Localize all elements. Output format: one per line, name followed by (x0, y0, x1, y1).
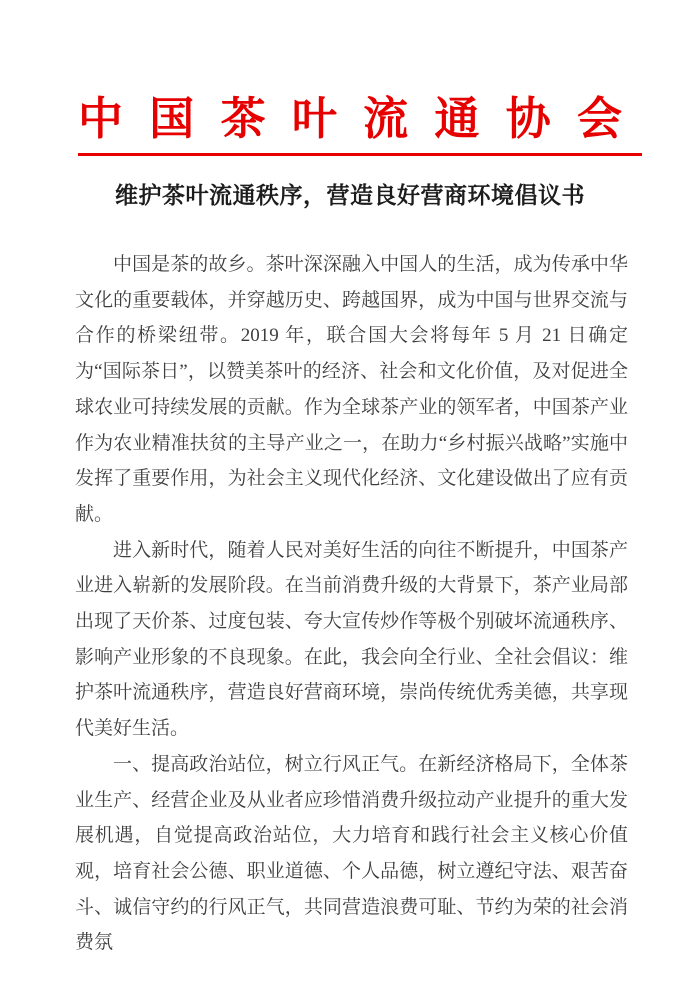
body-paragraph-2: 进入新时代，随着人民对美好生活的向往不断提升，中国茶产业进入崭新的发展阶段。在当… (75, 533, 628, 747)
letterhead-divider (78, 153, 642, 156)
letterhead: 中国茶叶流通协会 (78, 94, 642, 156)
document-page: 中国茶叶流通协会 维护茶叶流通秩序，营造良好营商环境倡议书 中国是茶的故乡。茶叶… (0, 0, 700, 990)
document-title: 维护茶叶流通秩序，营造良好营商环境倡议书 (0, 180, 700, 210)
organization-name: 中国茶叶流通协会 (78, 94, 642, 144)
document-body: 中国是茶的故乡。茶叶深深融入中国人的生活，成为传承中华文化的重要载体，并穿越历史… (75, 247, 628, 961)
body-paragraph-3: 一、提高政治站位，树立行风正气。在新经济格局下，全体茶业生产、经营企业及从业者应… (75, 747, 628, 961)
body-paragraph-1: 中国是茶的故乡。茶叶深深融入中国人的生活，成为传承中华文化的重要载体，并穿越历史… (75, 247, 628, 533)
